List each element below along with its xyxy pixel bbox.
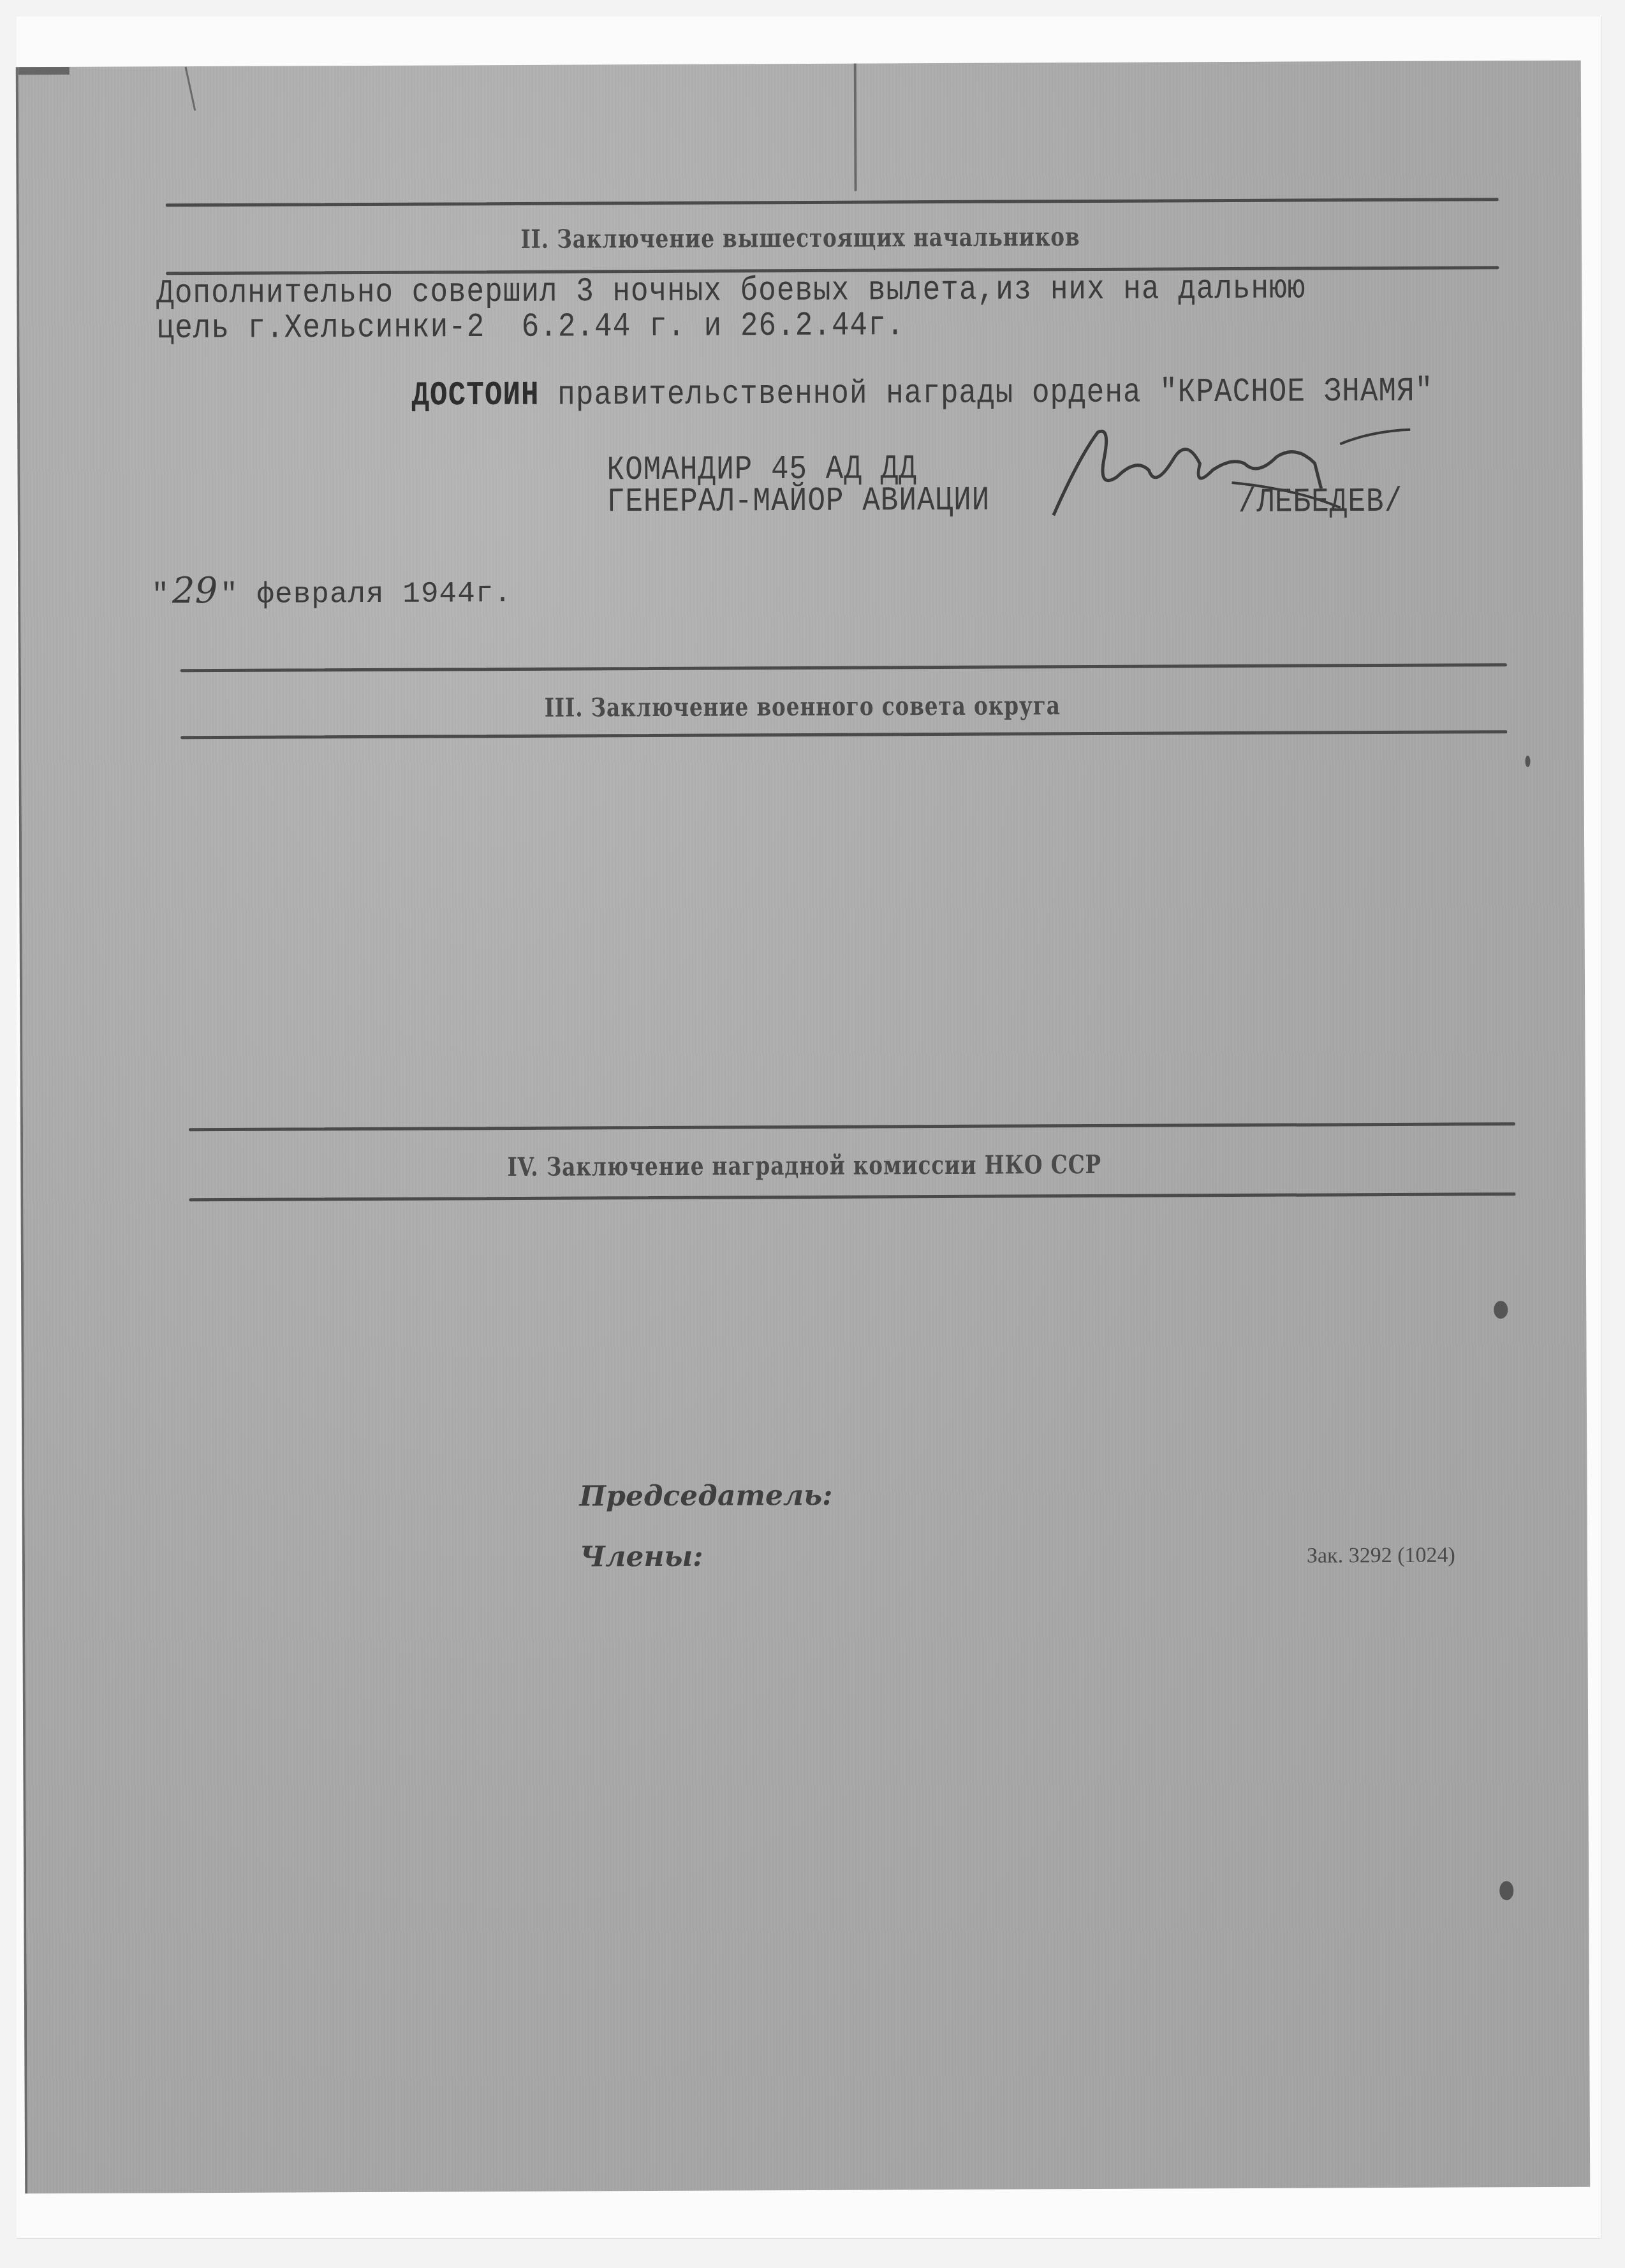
ink-speck xyxy=(1499,1881,1513,1900)
chairman-label: Председатель: xyxy=(579,1479,832,1513)
date-quote: " xyxy=(151,578,170,611)
section3-heading: III. Заключение военного совета округа xyxy=(162,689,1443,725)
signer-name: /ЛЕБЕДЕВ/ xyxy=(1239,483,1403,522)
signer-title-line2: ГЕНЕРАЛ-МАЙОР АВИАЦИИ xyxy=(607,481,990,521)
print-order-code: Зак. 3292 (1024) xyxy=(1307,1544,1455,1569)
section2-body-line1: Дополнительно совершил 3 ночных боевых в… xyxy=(156,270,1305,313)
ink-speck xyxy=(1525,756,1530,767)
section4-bottom-rule xyxy=(189,1192,1515,1201)
verdict-deserves: ДОСТОИН xyxy=(411,376,539,415)
members-label: Члены: xyxy=(580,1540,703,1574)
date-day: 29 xyxy=(172,570,218,611)
ink-speck xyxy=(1494,1301,1508,1319)
paper-tear xyxy=(854,64,857,191)
document-page: II. Заключение вышестоящих начальников Д… xyxy=(16,61,1591,2194)
date-month-year: " февраля 1944г. xyxy=(220,577,512,611)
section3-bottom-rule xyxy=(180,730,1507,739)
signature-date: " 29 " февраля 1944г. xyxy=(151,569,512,611)
paper-tear xyxy=(184,67,196,111)
section4-top-rule xyxy=(189,1122,1515,1131)
section2-heading: II. Заключение вышестоящих начальников xyxy=(159,221,1441,256)
verdict-award: правительственной награды ордена "КРАСНО… xyxy=(540,372,1434,414)
section2-top-rule xyxy=(166,198,1499,207)
section3-top-rule xyxy=(180,663,1507,672)
section4-heading: IV. Заключение наградной комиссии НКО СС… xyxy=(164,1148,1445,1184)
